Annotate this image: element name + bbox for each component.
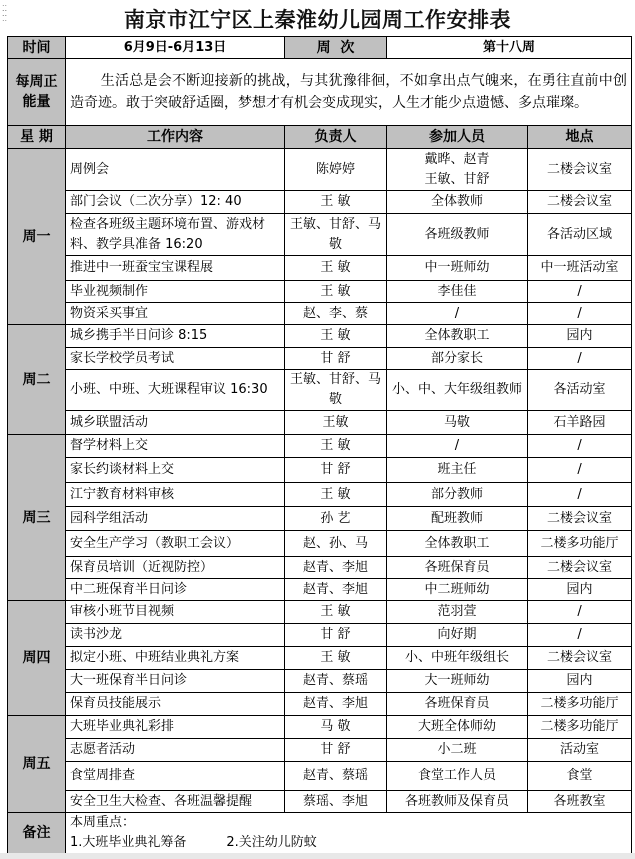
task-participants: 中一班师幼 xyxy=(387,256,528,281)
day-label: 周一 xyxy=(8,149,66,325)
info-row: 时间 6月9日-6月13日 周 次 第十八周 xyxy=(8,37,632,59)
task-content: 食堂周排查 xyxy=(66,762,285,791)
task-owner: 王 敏 xyxy=(285,647,387,670)
task-participants: 大班全体师幼 xyxy=(387,716,528,739)
task-location: / xyxy=(528,435,632,458)
notes-items: 1.大班毕业典礼筹备2.关注幼儿防蚊 xyxy=(70,833,627,853)
task-location: 二楼会议室 xyxy=(528,557,632,579)
task-participants: 中二班师幼 xyxy=(387,579,528,601)
table-row: 园科学组活动孙 艺配班教师二楼会议室 xyxy=(8,507,632,531)
table-row: 大一班保育半日问诊赵青、蔡瑶大一班师幼园内 xyxy=(8,670,632,693)
task-participants: 班主任 xyxy=(387,458,528,483)
table-row: 保育员培训（近视防控）赵青、李旭各班保育员二楼会议室 xyxy=(8,557,632,579)
task-participants: 部分家长 xyxy=(387,348,528,370)
motto-label: 每周正能量 xyxy=(8,59,66,126)
task-location: / xyxy=(528,303,632,325)
task-owner: 赵青、李旭 xyxy=(285,579,387,601)
task-owner: 王敏、甘舒、马敬 xyxy=(285,214,387,256)
notes-item: 2.关注幼儿防蚊 xyxy=(226,835,316,850)
task-participants: 小二班 xyxy=(387,739,528,762)
task-content: 安全卫生大检查、各班温馨提醒 xyxy=(66,791,285,813)
task-location: 园内 xyxy=(528,670,632,693)
table-row: 推进中一班蚕宝宝课程展王 敏中一班师幼中一班活动室 xyxy=(8,256,632,281)
task-location: 各班教室 xyxy=(528,791,632,813)
task-content: 中二班保育半日问诊 xyxy=(66,579,285,601)
task-location: 二楼会议室 xyxy=(528,191,632,214)
task-content: 物资采买事宜 xyxy=(66,303,285,325)
day-label: 周二 xyxy=(8,325,66,435)
task-owner: 赵青、蔡瑶 xyxy=(285,670,387,693)
task-owner: 孙 艺 xyxy=(285,507,387,531)
task-owner: 甘 舒 xyxy=(285,739,387,762)
task-content: 督学材料上交 xyxy=(66,435,285,458)
table-row: 安全生产学习（教职工会议）赵、孙、马全体教职工二楼多功能厅 xyxy=(8,531,632,557)
notes-label: 备注 xyxy=(8,813,66,854)
table-row: 食堂周排查赵青、蔡瑶食堂工作人员食堂 xyxy=(8,762,632,791)
table-row: 检查各班级主题环境布置、游戏材料、教学具准备 16:20王敏、甘舒、马敬各班级教… xyxy=(8,214,632,256)
task-location: 园内 xyxy=(528,579,632,601)
table-row: 周五大班毕业典礼彩排马 敬大班全体师幼二楼多功能厅 xyxy=(8,716,632,739)
task-location: 二楼多功能厅 xyxy=(528,531,632,557)
task-participants: 配班教师 xyxy=(387,507,528,531)
notes-content: 本周重点：1.大班毕业典礼筹备2.关注幼儿防蚊 xyxy=(66,813,632,854)
horizontal-scrollbar[interactable] xyxy=(0,853,635,859)
task-content: 周例会 xyxy=(66,149,285,191)
table-row: 家长约谈材料上交甘 舒班主任/ xyxy=(8,458,632,483)
col-owner: 负责人 xyxy=(285,126,387,149)
task-participants: 李佳佳 xyxy=(387,281,528,303)
task-participants: 各班保育员 xyxy=(387,557,528,579)
col-location: 地点 xyxy=(528,126,632,149)
task-location: 食堂 xyxy=(528,762,632,791)
task-content: 推进中一班蚕宝宝课程展 xyxy=(66,256,285,281)
weekly-schedule-table: 时间 6月9日-6月13日 周 次 第十八周 每周正能量 生活总是会不断迎接新的… xyxy=(7,36,632,854)
task-owner: 王 敏 xyxy=(285,256,387,281)
task-owner: 赵青、李旭 xyxy=(285,693,387,716)
table-row: 物资采买事宜赵、李、蔡// xyxy=(8,303,632,325)
task-participants: 向好期 xyxy=(387,624,528,647)
table-row: 江宁教育材料审核王 敏部分教师/ xyxy=(8,483,632,507)
task-owner: 陈婷婷 xyxy=(285,149,387,191)
task-content: 部门会议（二次分享）12: 40 xyxy=(66,191,285,214)
task-owner: 王敏 xyxy=(285,411,387,435)
task-content: 城乡携手半日问诊 8:15 xyxy=(66,325,285,348)
task-owner: 赵、李、蔡 xyxy=(285,303,387,325)
task-owner: 赵青、李旭 xyxy=(285,557,387,579)
task-location: 活动室 xyxy=(528,739,632,762)
task-owner: 王 敏 xyxy=(285,191,387,214)
table-row: 保育员技能展示赵青、李旭各班保育员二楼多功能厅 xyxy=(8,693,632,716)
task-participants: 全体教职工 xyxy=(387,325,528,348)
notes-heading: 本周重点： xyxy=(70,813,627,833)
task-content: 家长约谈材料上交 xyxy=(66,458,285,483)
task-owner: 王 敏 xyxy=(285,435,387,458)
table-row: 中二班保育半日问诊赵青、李旭中二班师幼园内 xyxy=(8,579,632,601)
table-row: 周一周例会陈婷婷戴晔、赵青 王敏、甘舒二楼会议室 xyxy=(8,149,632,191)
table-row: 安全卫生大检查、各班温馨提醒蔡瑶、李旭各班教师及保育员各班教室 xyxy=(8,791,632,813)
task-participants: 马敬 xyxy=(387,411,528,435)
task-participants: 部分教师 xyxy=(387,483,528,507)
table-row: 毕业视频制作王 敏李佳佳/ xyxy=(8,281,632,303)
table-row: 周四审核小班节目视频王 敏范羽萱/ xyxy=(8,601,632,624)
task-location: 石羊路园 xyxy=(528,411,632,435)
task-location: 二楼会议室 xyxy=(528,507,632,531)
task-location: / xyxy=(528,281,632,303)
time-label: 时间 xyxy=(8,37,66,59)
table-row: 家长学校学员考试甘 舒部分家长/ xyxy=(8,348,632,370)
task-participants: 各班保育员 xyxy=(387,693,528,716)
task-owner: 王 敏 xyxy=(285,281,387,303)
task-participants: 戴晔、赵青 王敏、甘舒 xyxy=(387,149,528,191)
task-owner: 王敏、甘舒、马敬 xyxy=(285,370,387,411)
day-label: 周五 xyxy=(8,716,66,813)
task-content: 大一班保育半日问诊 xyxy=(66,670,285,693)
task-content: 毕业视频制作 xyxy=(66,281,285,303)
table-row: 拟定小班、中班结业典礼方案王 敏小、中班年级组长二楼会议室 xyxy=(8,647,632,670)
task-content: 园科学组活动 xyxy=(66,507,285,531)
task-owner: 赵青、蔡瑶 xyxy=(285,762,387,791)
table-row: 周三督学材料上交王 敏// xyxy=(8,435,632,458)
task-content: 安全生产学习（教职工会议） xyxy=(66,531,285,557)
task-content: 小班、中班、大班课程审议 16:30 xyxy=(66,370,285,411)
task-participants: 食堂工作人员 xyxy=(387,762,528,791)
task-content: 检查各班级主题环境布置、游戏材料、教学具准备 16:20 xyxy=(66,214,285,256)
task-participants: 小、中、大年级组教师 xyxy=(387,370,528,411)
page-title: 南京市江宁区上秦淮幼儿园周工作安排表 xyxy=(0,4,635,34)
task-owner: 赵、孙、马 xyxy=(285,531,387,557)
motto-text: 生活总是会不断迎接新的挑战，与其犹豫徘徊，不如拿出点气魄来，在勇往直前中创造奇迹… xyxy=(66,59,632,126)
col-content: 工作内容 xyxy=(66,126,285,149)
task-location: / xyxy=(528,348,632,370)
task-content: 城乡联盟活动 xyxy=(66,411,285,435)
task-participants: 各班级教师 xyxy=(387,214,528,256)
day-label: 周四 xyxy=(8,601,66,716)
task-location: / xyxy=(528,458,632,483)
task-location: / xyxy=(528,483,632,507)
task-location: / xyxy=(528,624,632,647)
day-label: 周三 xyxy=(8,435,66,601)
task-participants: / xyxy=(387,435,528,458)
task-participants: 全体教职工 xyxy=(387,531,528,557)
task-location: 二楼会议室 xyxy=(528,647,632,670)
task-content: 家长学校学员考试 xyxy=(66,348,285,370)
table-row: 读书沙龙甘 舒向好期/ xyxy=(8,624,632,647)
notes-row: 备注本周重点：1.大班毕业典礼筹备2.关注幼儿防蚊 xyxy=(8,813,632,854)
notes-item: 1.大班毕业典礼筹备 xyxy=(70,835,186,850)
task-location: 各活动区域 xyxy=(528,214,632,256)
table-row: 小班、中班、大班课程审议 16:30王敏、甘舒、马敬小、中、大年级组教师各活动室 xyxy=(8,370,632,411)
task-location: 园内 xyxy=(528,325,632,348)
task-participants: / xyxy=(387,303,528,325)
task-owner: 甘 舒 xyxy=(285,458,387,483)
table-row: 周二城乡携手半日问诊 8:15王 敏全体教职工园内 xyxy=(8,325,632,348)
table-row: 部门会议（二次分享）12: 40王 敏全体教师二楼会议室 xyxy=(8,191,632,214)
task-location: 中一班活动室 xyxy=(528,256,632,281)
task-content: 志愿者活动 xyxy=(66,739,285,762)
task-location: 各活动室 xyxy=(528,370,632,411)
week-value: 第十八周 xyxy=(387,37,632,59)
week-label: 周 次 xyxy=(285,37,387,59)
task-participants: 大一班师幼 xyxy=(387,670,528,693)
task-participants: 范羽萱 xyxy=(387,601,528,624)
task-owner: 甘 舒 xyxy=(285,348,387,370)
task-participants: 全体教师 xyxy=(387,191,528,214)
task-content: 保育员技能展示 xyxy=(66,693,285,716)
task-owner: 王 敏 xyxy=(285,601,387,624)
table-row: 志愿者活动甘 舒小二班活动室 xyxy=(8,739,632,762)
task-content: 保育员培训（近视防控） xyxy=(66,557,285,579)
task-owner: 王 敏 xyxy=(285,325,387,348)
task-content: 读书沙龙 xyxy=(66,624,285,647)
task-content: 拟定小班、中班结业典礼方案 xyxy=(66,647,285,670)
motto-row: 每周正能量 生活总是会不断迎接新的挑战，与其犹豫徘徊，不如拿出点气魄来，在勇往直… xyxy=(8,59,632,126)
task-content: 审核小班节目视频 xyxy=(66,601,285,624)
task-owner: 王 敏 xyxy=(285,483,387,507)
time-value: 6月9日-6月13日 xyxy=(66,37,285,59)
task-location: 二楼会议室 xyxy=(528,149,632,191)
task-participants: 各班教师及保育员 xyxy=(387,791,528,813)
task-participants: 小、中班年级组长 xyxy=(387,647,528,670)
column-header-row: 星 期 工作内容 负责人 参加人员 地点 xyxy=(8,126,632,149)
task-location: / xyxy=(528,601,632,624)
task-location: 二楼多功能厅 xyxy=(528,716,632,739)
task-owner: 马 敬 xyxy=(285,716,387,739)
task-location: 二楼多功能厅 xyxy=(528,693,632,716)
task-content: 江宁教育材料审核 xyxy=(66,483,285,507)
task-content: 大班毕业典礼彩排 xyxy=(66,716,285,739)
table-row: 城乡联盟活动王敏马敬石羊路园 xyxy=(8,411,632,435)
col-day: 星 期 xyxy=(8,126,66,149)
task-owner: 甘 舒 xyxy=(285,624,387,647)
col-participants: 参加人员 xyxy=(387,126,528,149)
task-owner: 蔡瑶、李旭 xyxy=(285,791,387,813)
